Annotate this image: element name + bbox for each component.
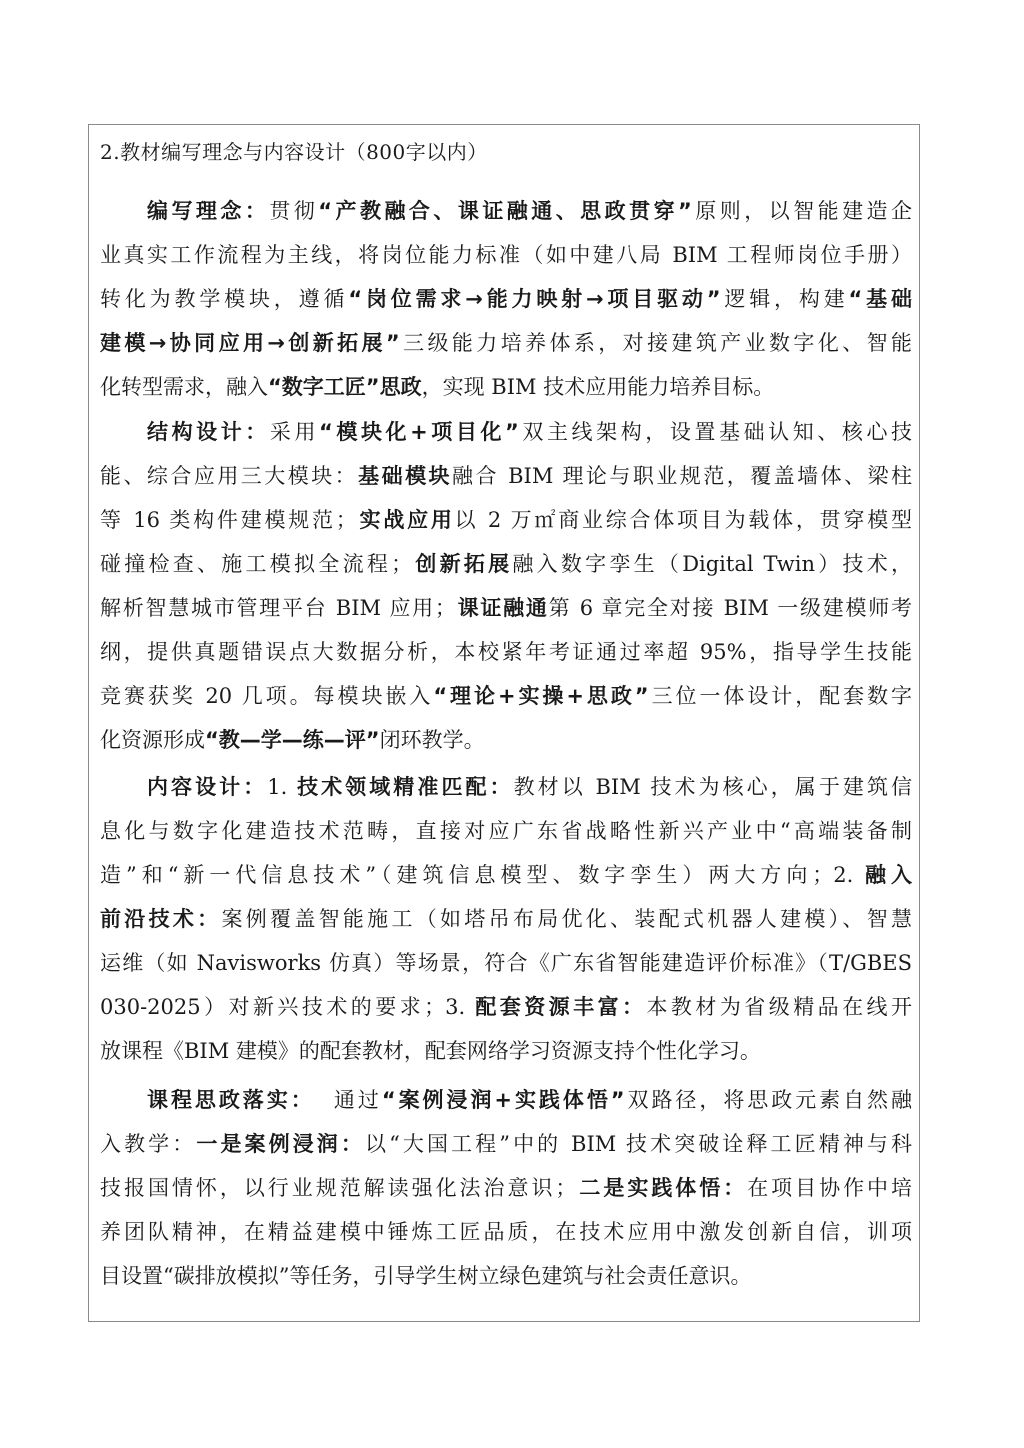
body-text: 双主线架构，设置基础认知、核心技: [519, 420, 912, 444]
bold-text: 课证融通: [456, 596, 549, 620]
bold-text: 融入: [865, 863, 912, 887]
text-line: 入教学：一是案例浸润：以“大国工程”中的 BIM 技术突破诠释工匠精神与科: [100, 1122, 912, 1166]
bold-text: “岗位需求→能力映射→项目驱动”: [348, 287, 720, 311]
bold-text: 基础模块: [358, 464, 452, 488]
body-text: 目设置“碳排放模拟”等任务，引导学生树立绿色建筑与社会责任意识。: [100, 1264, 751, 1288]
text-line: 目设置“碳排放模拟”等任务，引导学生树立绿色建筑与社会责任意识。: [100, 1254, 912, 1298]
bold-text: 建模→协同应用→创新拓展”: [100, 331, 400, 355]
body-text: 化资源形成: [100, 728, 205, 752]
text-line: 技报国情怀，以行业规范解读强化法治意识；二是实践体悟：在项目协作中培: [100, 1166, 912, 1210]
body-text: ，实现 BIM 技术应用能力培养目标。: [422, 375, 775, 399]
bold-text: “模块化+项目化”: [319, 420, 519, 444]
bold-text: 课程思政落实：: [147, 1088, 315, 1112]
text-line: 内容设计：1. 技术领域精准匹配：教材以 BIM 技术为核心，属于建筑信: [100, 765, 912, 809]
bold-text: 编写理念：: [147, 199, 269, 223]
bold-text: “数字工匠”思政: [268, 375, 422, 399]
paragraph-writing-philosophy: 编写理念：贯彻“产教融合、课证融通、思政贯穿”原则，以智能建造企业真实工作流程为…: [100, 189, 912, 409]
body-text: 030-2025）对新兴技术的要求；3.: [100, 995, 475, 1019]
body-text: 运维（如 Navisworks 仿真）等场景，符合《广东省智能建造评价标准》（T…: [100, 951, 912, 975]
bold-text: 前沿技术：: [100, 907, 221, 931]
body-text: 贯彻: [269, 199, 318, 223]
text-line: 业真实工作流程为主线，将岗位能力标准（如中建八局 BIM 工程师岗位手册）: [100, 233, 912, 277]
body-text: 案例覆盖智能施工（如塔吊布局优化、装配式机器人建模）、智慧: [221, 907, 912, 931]
text-line: 纲，提供真题错误点大数据分析，本校紧年考证通过率超 95%，指导学生技能: [100, 630, 912, 674]
bold-text: 实战应用: [357, 508, 455, 532]
body-text: 入教学：: [100, 1132, 196, 1156]
text-line: 转化为教学模块，遵循“岗位需求→能力映射→项目驱动”逻辑，构建“基础: [100, 277, 912, 321]
text-line: 运维（如 Navisworks 仿真）等场景，符合《广东省智能建造评价标准》（T…: [100, 941, 912, 985]
text-line: 能、综合应用三大模块：基础模块融合 BIM 理论与职业规范，覆盖墙体、梁柱: [100, 454, 912, 498]
body-text: 以 2 万㎡商业综合体项目为载体，贯穿模型: [455, 508, 912, 532]
body-text: 息化与数字化建造技术范畴，直接对应广东省战略性新兴产业中“高端装备制: [100, 819, 912, 843]
body-text: 竞赛获奖 20 几项。每模块嵌入: [100, 684, 433, 708]
bold-text: “基础: [849, 287, 912, 311]
body-text: 能、综合应用三大模块：: [100, 464, 358, 488]
bold-text: “案例浸润+实践体悟”: [382, 1088, 625, 1112]
body-text: 业真实工作流程为主线，将岗位能力标准（如中建八局 BIM 工程师岗位手册）: [100, 243, 912, 267]
body-text: 1.: [267, 775, 297, 799]
body-text: 三位一体设计，配套数字: [649, 684, 912, 708]
text-line: 编写理念：贯彻“产教融合、课证融通、思政贯穿”原则，以智能建造企: [100, 189, 912, 233]
body-text: 融合 BIM 理论与职业规范，覆盖墙体、梁柱: [452, 464, 912, 488]
section-title: 2.教材编写理念与内容设计（800字以内）: [100, 137, 488, 167]
body-text: 逻辑，构建: [721, 287, 849, 311]
text-line: 碰撞检查、施工模拟全流程；创新拓展融入数字孪生（Digital Twin）技术，: [100, 542, 912, 586]
paragraph-structure-design: 结构设计：采用“模块化+项目化”双主线架构，设置基础认知、核心技能、综合应用三大…: [100, 410, 912, 762]
bold-text: 创新拓展: [412, 552, 512, 576]
body-text: 技报国情怀，以行业规范解读强化法治意识；: [100, 1176, 576, 1200]
text-line: 养团队精神，在精益建模中锤炼工匠品质，在技术应用中激发创新自信，训项: [100, 1210, 912, 1254]
paragraph-ideological-education: 课程思政落实： 通过“案例浸润+实践体悟”双路径，将思政元素自然融入教学：一是案…: [100, 1078, 912, 1298]
text-line: 化转型需求，融入“数字工匠”思政，实现 BIM 技术应用能力培养目标。: [100, 365, 912, 409]
text-line: 结构设计：采用“模块化+项目化”双主线架构，设置基础认知、核心技: [100, 410, 912, 454]
bold-text: 配套资源丰富：: [475, 995, 646, 1019]
bold-text: 一是案例浸润：: [196, 1132, 365, 1156]
paragraph-content-design: 内容设计：1. 技术领域精准匹配：教材以 BIM 技术为核心，属于建筑信息化与数…: [100, 765, 912, 1073]
body-text: 以“大国工程”中的 BIM 技术突破诠释工匠精神与科: [365, 1132, 912, 1156]
body-text: 纲，提供真题错误点大数据分析，本校紧年考证通过率超 95%，指导学生技能: [100, 640, 912, 664]
body-text: 采用: [270, 420, 319, 444]
bold-text: 结构设计：: [147, 420, 270, 444]
bold-text: “产教融合、课证融通、思政贯穿”: [318, 199, 692, 223]
body-text: 原则，以智能建造企: [692, 199, 912, 223]
body-text: 转化为教学模块，遵循: [100, 287, 348, 311]
bold-text: 内容设计：: [147, 775, 267, 799]
body-text: 养团队精神，在精益建模中锤炼工匠品质，在技术应用中激发创新自信，训项: [100, 1220, 912, 1244]
body-text: 第 6 章完全对接 BIM 一级建模师考: [549, 596, 912, 620]
body-text: 通过: [315, 1088, 382, 1112]
body-text: 解析智慧城市管理平台 BIM 应用；: [100, 596, 456, 620]
body-text: 双路径，将思政元素自然融: [625, 1088, 912, 1112]
body-text: 化转型需求，融入: [100, 375, 268, 399]
body-text: 本教材为省级精品在线开: [646, 995, 912, 1019]
text-line: 030-2025）对新兴技术的要求；3. 配套资源丰富：本教材为省级精品在线开: [100, 985, 912, 1029]
body-text: 教材以 BIM 技术为核心，属于建筑信: [514, 775, 912, 799]
text-line: 竞赛获奖 20 几项。每模块嵌入“理论+实操+思政”三位一体设计，配套数字: [100, 674, 912, 718]
body-text: 闭环教学。: [380, 728, 485, 752]
text-line: 解析智慧城市管理平台 BIM 应用；课证融通第 6 章完全对接 BIM 一级建模…: [100, 586, 912, 630]
body-text: 在项目协作中培: [747, 1176, 912, 1200]
bold-text: 二是实践体悟：: [576, 1176, 747, 1200]
text-line: 造”和“新一代信息技术”（建筑信息模型、数字孪生）两大方向；2. 融入: [100, 853, 912, 897]
body-text: 三级能力培养体系，对接建筑产业数字化、智能: [400, 331, 912, 355]
text-line: 前沿技术：案例覆盖智能施工（如塔吊布局优化、装配式机器人建模）、智慧: [100, 897, 912, 941]
body-text: 融入数字孪生（Digital Twin）技术，: [512, 552, 912, 576]
text-line: 放课程《BIM 建模》的配套教材，配套网络学习资源支持个性化学习。: [100, 1029, 912, 1073]
bold-text: “理论+实操+思政”: [433, 684, 648, 708]
text-line: 课程思政落实： 通过“案例浸润+实践体悟”双路径，将思政元素自然融: [100, 1078, 912, 1122]
bold-text: 技术领域精准匹配：: [297, 775, 514, 799]
body-text: 碰撞检查、施工模拟全流程；: [100, 552, 412, 576]
body-text: 造”和“新一代信息技术”（建筑信息模型、数字孪生）两大方向；2.: [100, 863, 865, 887]
body-text: 放课程《BIM 建模》的配套教材，配套网络学习资源支持个性化学习。: [100, 1039, 761, 1063]
text-line: 息化与数字化建造技术范畴，直接对应广东省战略性新兴产业中“高端装备制: [100, 809, 912, 853]
text-line: 等 16 类构件建模规范；实战应用以 2 万㎡商业综合体项目为载体，贯穿模型: [100, 498, 912, 542]
text-line: 建模→协同应用→创新拓展”三级能力培养体系，对接建筑产业数字化、智能: [100, 321, 912, 365]
body-text: 等 16 类构件建模规范；: [100, 508, 357, 532]
bold-text: “教—学—练—评”: [205, 728, 380, 752]
text-line: 化资源形成“教—学—练—评”闭环教学。: [100, 718, 912, 762]
